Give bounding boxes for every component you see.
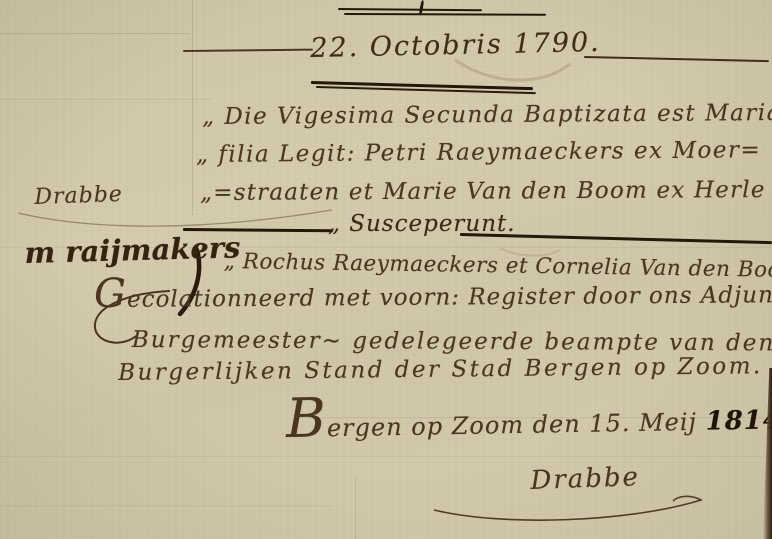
attestation-line-2: Burgemeester~ gedelegeerde beampte van d… — [132, 327, 772, 356]
dateline: Bergen op Zoom den 15. Meij 1814. — [286, 405, 772, 444]
paper-crease-vertical — [355, 478, 356, 539]
dateline-place: Bergen op Zoom den 15. Meij — [286, 408, 706, 443]
top-double-rule-lower — [344, 13, 546, 16]
date-rule-right — [584, 56, 769, 62]
margin-signature-drabbe: Drabbe — [34, 182, 123, 210]
paper-crease — [0, 505, 330, 506]
paper-crease — [0, 456, 772, 457]
paper-crease-vertical — [192, 0, 193, 215]
date-heading: 22. Octobris 1790. — [310, 27, 601, 64]
paper-crease — [0, 99, 210, 100]
clerk-signature-underline-flourish — [434, 496, 701, 520]
attestation-line-3: Burgerlijken Stand der Stad Bergen op Zo… — [118, 353, 763, 386]
attestation-line-1: Gecolationneerd met voorn: Register door… — [94, 282, 772, 313]
godparents-line: „ Rochus Raeymaeckers et Cornelia Van de… — [224, 249, 772, 283]
susceperunt-label: „ Susceperunt. — [328, 211, 516, 237]
paper-crease — [0, 33, 190, 34]
ink-showthrough-ghost — [455, 60, 570, 80]
date-rule-left — [183, 49, 313, 52]
scan-edge-shadow — [763, 368, 772, 539]
baptism-record-line-1: „ Die Vigesima Secunda Baptizata est Mar… — [202, 100, 772, 130]
margin-signature-underline-flourish — [18, 210, 332, 226]
baptism-record-line-2: „ filia Legit: Petri Raeymaeckers ex Moe… — [196, 137, 761, 168]
scanned-document-page: 22. Octobris 1790. „ Die Vigesima Secund… — [0, 0, 772, 539]
baptism-record-line-3: „=straaten et Marie Van den Boom ex Herl… — [200, 177, 766, 206]
margin-signature-raijmakers: m raijmakers — [24, 230, 241, 270]
top-double-rule-upper — [338, 8, 482, 11]
clerk-signature: Drabbe — [530, 462, 640, 496]
dateline-year: 1814. — [705, 405, 772, 437]
